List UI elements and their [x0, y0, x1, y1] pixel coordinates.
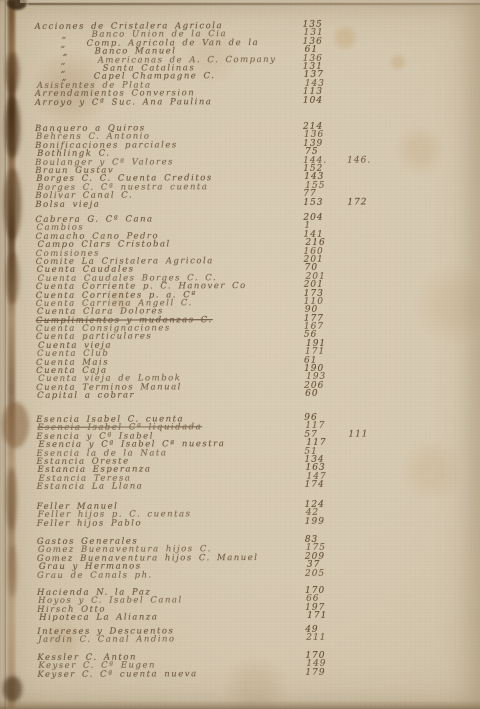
- entry-title: Arroyo y Cª Suc. Ana Paulina: [35, 98, 213, 107]
- page-left-edge: [0, 0, 6, 709]
- entry-title: Jardin C. Canal Andino: [38, 636, 175, 645]
- index-group: Cabrera G. Cª Cana204Cambios1Camacho Can…: [35, 213, 466, 399]
- ledger-page: Acciones de Cristalera Agricola135„Banco…: [0, 0, 480, 709]
- entry-title: Grau de Canals ph.: [37, 571, 153, 580]
- ledger-row: Capital a cobrar60: [37, 389, 466, 399]
- index-group: Kessler C. Anton170Keyser C. Cª Eugen149…: [37, 651, 467, 678]
- entry-title: Estancia La Llana: [37, 483, 144, 492]
- entry-title: Bolsa vieja: [35, 200, 100, 209]
- binding-stain: [4, 168, 21, 240]
- entry-page-number: 211: [306, 634, 326, 642]
- index-group: Banquero a Quiros214Behrens C. Antonio13…: [35, 122, 465, 208]
- entry-page-number-2: 172: [347, 198, 367, 206]
- ledger-row: Bolsa vieja153172: [35, 198, 465, 208]
- entry-page-number-2: 146.: [347, 156, 371, 165]
- entry-page-number: 174: [305, 481, 325, 489]
- ledger-row: Jardin C. Canal Andino211: [38, 633, 467, 643]
- index-group: Esencia Isabel C. cuenta96Esencia Isabel…: [36, 413, 466, 490]
- ledger-row: Arroyo y Cª Suc. Ana Paulina104: [35, 96, 465, 106]
- ledger-index: Acciones de Cristalera Agricola135„Banco…: [34, 0, 467, 709]
- entry-title: Feller hijos Pablo: [37, 519, 142, 528]
- entry-page-number: 205: [305, 569, 325, 577]
- binding-stain: [6, 468, 17, 530]
- entry-title: Capital a cobrar: [37, 392, 135, 401]
- entry-page-number: 179: [305, 668, 325, 676]
- ledger-row: Hipoteca La Alianza171: [39, 611, 467, 621]
- ledger-row: Grau de Canals ph.205: [37, 569, 467, 579]
- ledger-row: Keyser C. Cª cuenta nueva179: [37, 668, 467, 678]
- entry-page-number: 199: [305, 517, 325, 525]
- index-group: Acciones de Cristalera Agricola135„Banco…: [35, 20, 465, 106]
- entry-title: Keyser C. Cª cuenta nueva: [37, 670, 197, 679]
- index-group: Intereses y Descuentos49Jardin C. Canal …: [37, 625, 467, 644]
- entry-page-number: 153: [303, 198, 323, 206]
- entry-page-number: 60: [305, 390, 318, 398]
- binding-stain: [2, 402, 29, 448]
- ledger-row: Estancia La Llana174: [37, 480, 467, 490]
- entry-title: Hipoteca La Alianza: [39, 614, 158, 623]
- index-group: Feller Manuel124Feller hijos p. C. cuent…: [37, 500, 467, 527]
- binding-stain: [6, 252, 19, 304]
- index-group: Gastos Generales83Gomez Buenaventura hij…: [37, 535, 467, 579]
- entry-page-number: 104: [303, 96, 323, 104]
- entry-page-number: 171: [307, 612, 327, 620]
- binding-stain: [8, 545, 17, 597]
- index-group: Hacienda N. la Paz170Hoyos y C. Isabel C…: [37, 586, 467, 621]
- ledger-row: Feller hijos Pablo199: [37, 517, 467, 527]
- binding-stain: [5, 96, 20, 158]
- entry-page-number-2: 111: [348, 430, 368, 438]
- binding-corner-stain: [7, 0, 27, 10]
- binding-stain: [6, 52, 19, 94]
